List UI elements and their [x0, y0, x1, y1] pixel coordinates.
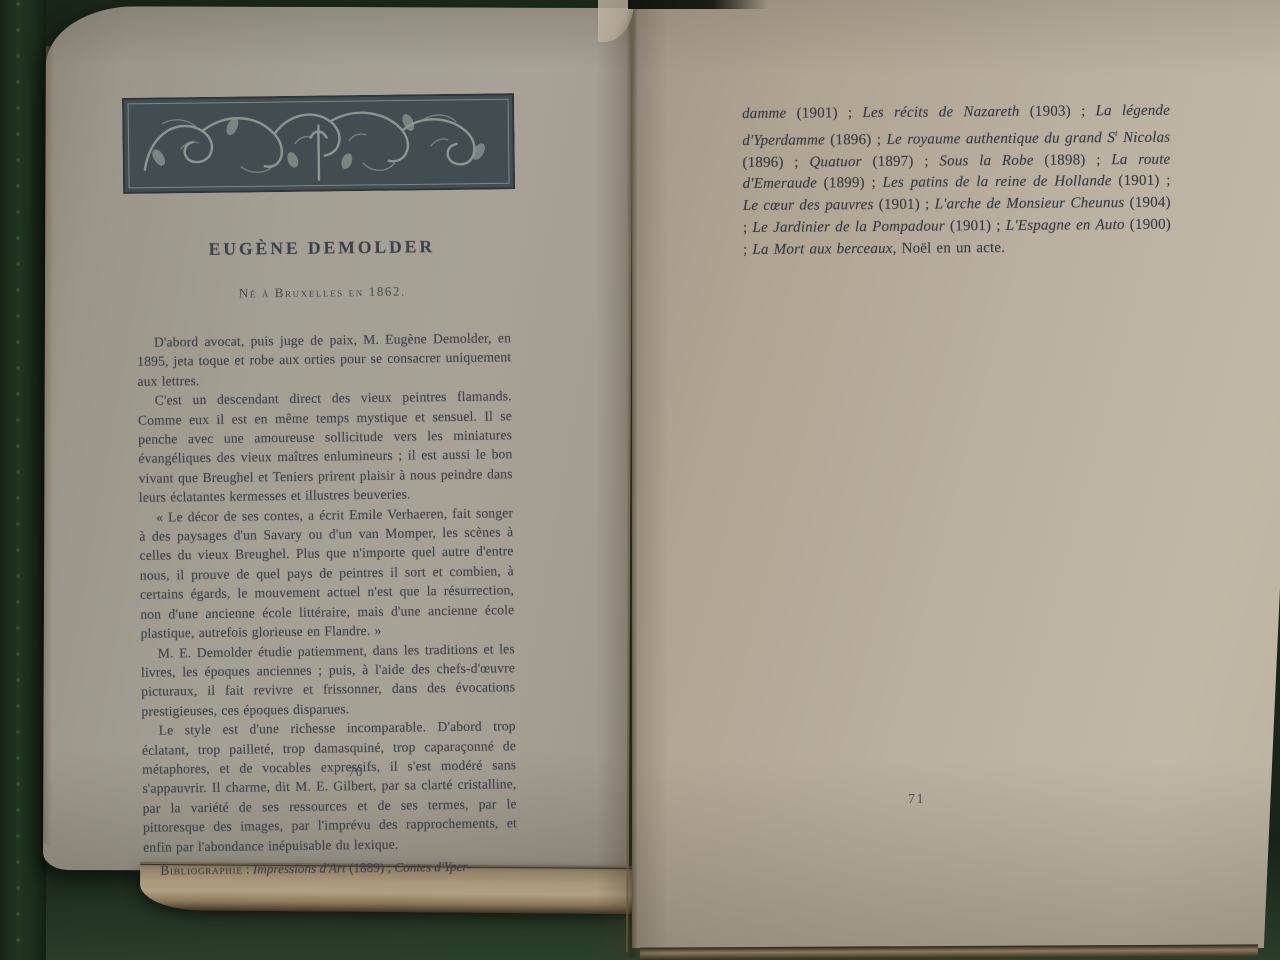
bibliography-continuation: damme (1901) ; Les récits de Nazareth (1…	[742, 101, 1171, 262]
gutter-top-notch	[628, 0, 768, 9]
floral-headpiece-ornament	[122, 93, 515, 194]
text-segment: (1903) ;	[1019, 103, 1095, 120]
paragraph: D'abord avocat, puis juge de paix, M. Eu…	[137, 328, 512, 391]
page-subtitle: Né à Bruxelles en 1862.	[122, 282, 522, 303]
text-segment: (1897) ;	[862, 153, 940, 170]
book-cover-edge	[0, 0, 46, 960]
page-number-left: 70	[348, 764, 364, 781]
cover-stitching	[16, 0, 20, 960]
text-segment: Le royaume authentique du grand S	[886, 130, 1115, 148]
text-segment: Le cœur des pauvres	[743, 197, 874, 214]
text-segment: (1889) ;	[346, 860, 395, 876]
text-segment: Le Jardinier de la Pompadour	[752, 218, 944, 236]
text-segment: (1896) ;	[742, 154, 809, 171]
text-segment: Nicolas	[1118, 129, 1171, 145]
text-segment: L'arche de Monsieur Cheunus	[935, 195, 1125, 212]
text-segment: (1901) ;	[873, 197, 934, 213]
paragraph: Le style est d'une richesse incomparable…	[142, 716, 518, 856]
open-book-photo: EUGÈNE DEMOLDER Né à Bruxelles en 1862. …	[0, 0, 1280, 960]
text-segment: Sous la Robe	[939, 152, 1033, 169]
text-segment: La Mort aux berceaux	[752, 241, 892, 258]
text-segment: Quatuor	[809, 154, 861, 170]
page-number-right: 71	[908, 792, 925, 808]
text-segment: (1901) ;	[945, 218, 1006, 234]
text-segment: Les récits de Nazareth	[862, 104, 1019, 121]
text-segment: (1896) ;	[825, 132, 887, 148]
text-segment: (1898) ;	[1034, 152, 1112, 169]
body-text: D'abord avocat, puis juge de paix, M. Eu…	[137, 328, 517, 856]
paragraph: « Le décor de ses contes, a écrit Emile …	[139, 503, 515, 643]
text-segment: , Noël en un acte.	[893, 240, 1006, 257]
paragraph: C'est un descendant direct des vieux pei…	[138, 386, 513, 507]
left-page-content: EUGÈNE DEMOLDER Né à Bruxelles en 1862. …	[120, 93, 530, 880]
paragraph: M. E. Demolder étudie patiemment, dans l…	[141, 639, 516, 721]
left-page-worn-edge	[43, 46, 55, 846]
text-segment: (1899) ;	[817, 175, 883, 192]
page-title: EUGÈNE DEMOLDER	[122, 235, 522, 261]
right-page-content: damme (1901) ; Les récits de Nazareth (1…	[742, 101, 1171, 262]
text-segment: (1901) ;	[786, 105, 862, 122]
text-segment: L'Espagne en Auto	[1006, 217, 1125, 234]
text-segment: Impressions d'Art	[253, 860, 346, 876]
text-segment: Les patins de la reine de Hollande	[882, 173, 1111, 191]
text-segment: damme	[742, 106, 786, 122]
text-segment: Contes d'Yper-	[394, 859, 471, 875]
text-segment: (1901) ;	[1112, 173, 1171, 189]
text-segment: Bibliographie	[160, 862, 242, 878]
